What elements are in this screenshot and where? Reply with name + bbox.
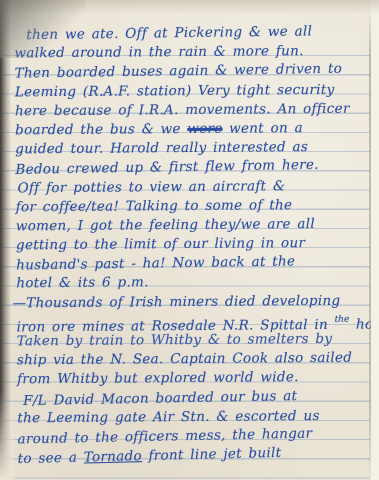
journal-line: here because of I.R.A. movements. An off… bbox=[9, 99, 366, 121]
journal-line: ship via the N. Sea. Captain Cook also s… bbox=[11, 349, 368, 371]
notebook-page-scan: then we ate. Off at Pickering & we all w… bbox=[0, 0, 379, 480]
journal-line: Leeming (R.A.F. station) Very tight secu… bbox=[9, 80, 366, 102]
journal-line: —Thousands of Irish miners died developi… bbox=[10, 291, 367, 313]
inserted-word: the bbox=[335, 315, 350, 325]
line-text: went on a bbox=[229, 120, 303, 137]
handwriting-block: then we ate. Off at Pickering & we all w… bbox=[8, 23, 368, 467]
page-edge-right-sliver bbox=[371, 0, 379, 480]
journal-line: women, I got the feeling they/we are all bbox=[10, 214, 367, 236]
line-text: to see a bbox=[18, 450, 84, 468]
binding-shadow-fade bbox=[0, 390, 14, 480]
line-text: front line jet built bbox=[142, 445, 282, 464]
corner-shadow-top-left bbox=[0, 0, 86, 58]
struck-out-word: were bbox=[187, 121, 222, 137]
underlined-word: Tornado bbox=[84, 448, 143, 465]
line-text: boarded the bus & we bbox=[15, 121, 181, 138]
page-edge-right-line bbox=[369, 0, 371, 480]
